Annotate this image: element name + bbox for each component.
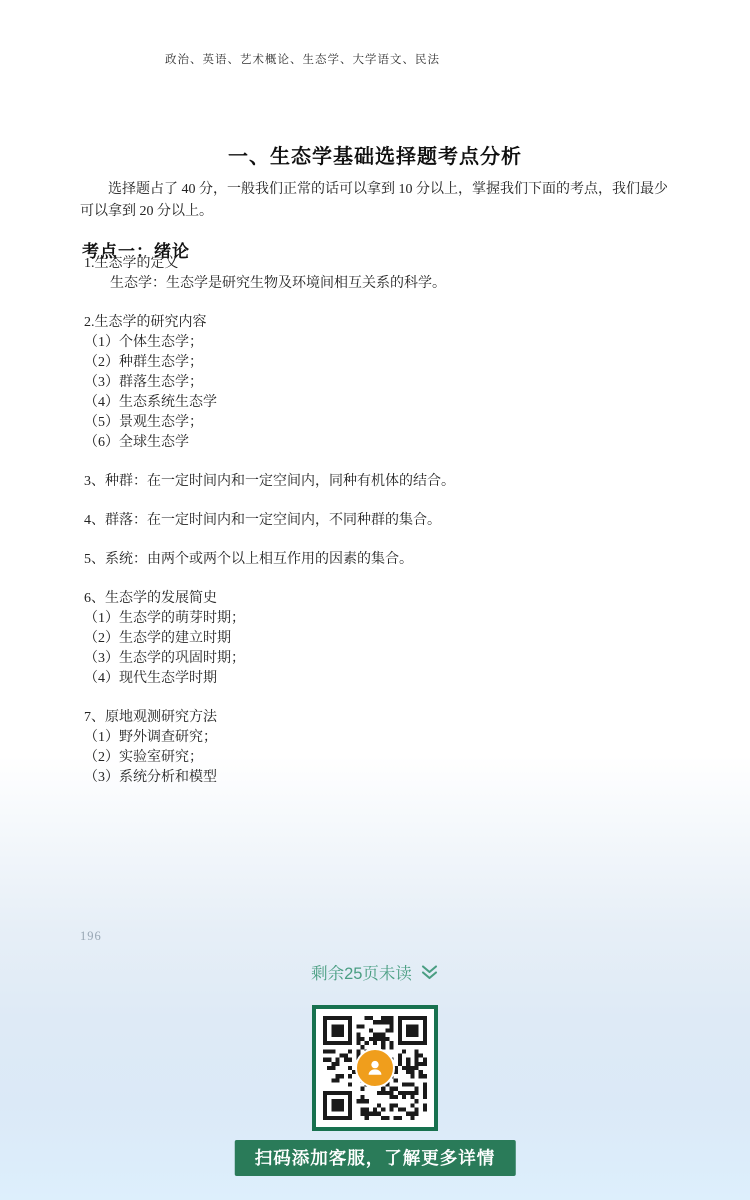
doc-line: （2）实验室研究；	[84, 748, 684, 768]
doc-content: 1.生态学的定义生态学：生态学是研究生物及环境间相互关系的科学。2.生态学的研究…	[84, 254, 684, 788]
doc-line: （4）现代生态学时期	[84, 669, 684, 689]
doc-line: （6）全球生态学	[84, 433, 684, 453]
add-customer-service-button[interactable]: 扫码添加客服，了解更多详情	[235, 1140, 516, 1176]
doc-line: （2）种群生态学；	[84, 353, 684, 373]
doc-viewer-page: { "theme": { "accent_green": "#2a7b59", …	[0, 0, 750, 1200]
subjects-line: 政治、英语、艺术概论、生态学、大学语文、民法	[165, 51, 440, 67]
doc-blank-line	[84, 570, 684, 589]
person-icon	[363, 1056, 387, 1080]
qr-avatar	[355, 1048, 395, 1088]
doc-line: （3）生态学的巩固时期；	[84, 649, 684, 669]
doc-line: （1）野外调查研究；	[84, 728, 684, 748]
doc-blank-line	[84, 689, 684, 708]
doc-line: （3）系统分析和模型	[84, 768, 684, 788]
doc-line: 5、系统：由两个或两个以上相互作用的因素的集合。	[84, 550, 684, 570]
doc-line: （5）景观生态学；	[84, 413, 684, 433]
page-title: 一、生态学基础选择题考点分析	[0, 140, 750, 169]
doc-blank-line	[84, 294, 684, 313]
intro-paragraph: 选择题占了 40 分，一般我们正常的话可以拿到 10 分以上，掌握我们下面的考点…	[80, 179, 674, 223]
doc-blank-line	[84, 453, 684, 472]
doc-line: 6、生态学的发展简史	[84, 589, 684, 609]
doc-line: （1）生态学的萌芽时期；	[84, 609, 684, 629]
doc-line: （2）生态学的建立时期	[84, 629, 684, 649]
doc-blank-line	[84, 531, 684, 550]
doc-line: 2.生态学的研究内容	[84, 313, 684, 333]
doc-line: 4、群落：在一定时间内和一定空间内，不同种群的集合。	[84, 511, 684, 531]
doc-line: （3）群落生态学；	[84, 373, 684, 393]
qr-pattern	[323, 1016, 427, 1120]
remaining-pages-expander[interactable]: 剩余25页未读	[0, 960, 750, 984]
doc-line: （4）生态系统生态学	[84, 393, 684, 413]
doc-blank-line	[84, 492, 684, 511]
doc-line: （1）个体生态学；	[84, 333, 684, 353]
chevron-double-down-icon	[420, 964, 439, 981]
remaining-pages-label: 剩余25页未读	[311, 960, 412, 984]
doc-line: 7、原地观测研究方法	[84, 708, 684, 728]
customer-service-qr-code	[312, 1005, 438, 1131]
doc-line: 生态学：生态学是研究生物及环境间相互关系的科学。	[84, 274, 684, 294]
doc-line: 1.生态学的定义	[84, 254, 684, 274]
doc-line: 3、种群：在一定时间内和一定空间内，同种有机体的结合。	[84, 472, 684, 492]
page-number: 196	[80, 929, 102, 944]
